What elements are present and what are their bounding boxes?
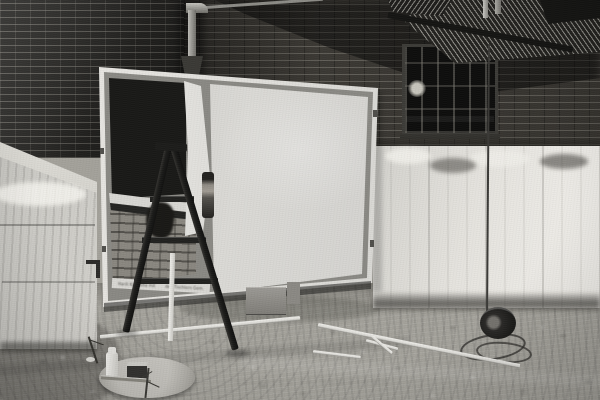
ladder-rung-2 bbox=[142, 237, 206, 243]
ladder-rung-3 bbox=[134, 278, 218, 284]
window-glass-streak bbox=[406, 116, 494, 122]
cable-reel bbox=[480, 307, 516, 339]
concrete-block-small bbox=[287, 282, 300, 304]
ladder-foot-shadow-left bbox=[116, 330, 138, 336]
bw-photograph: Harili Kawasha mit den Tischlern Gem. sa… bbox=[0, 0, 600, 400]
parapet-groove-2 bbox=[2, 281, 95, 283]
figure-in-gap bbox=[202, 172, 214, 218]
frame-clip-4 bbox=[102, 246, 106, 252]
left-wall-base-shadow bbox=[0, 342, 97, 352]
downpipe bbox=[188, 10, 196, 60]
bottle-cap bbox=[108, 347, 116, 354]
plaster-patch-2 bbox=[470, 150, 530, 167]
canopy-pipe-2 bbox=[495, 0, 501, 14]
white-speck bbox=[86, 357, 95, 362]
grime-blotch-1 bbox=[430, 158, 476, 173]
canopy-pipe-1 bbox=[483, 0, 488, 18]
wall-pipe-stub bbox=[96, 260, 100, 278]
window-round-reflection bbox=[408, 80, 426, 97]
concrete-block bbox=[246, 287, 286, 315]
parapet-groove-1 bbox=[0, 224, 95, 226]
plaster-patch-1 bbox=[385, 148, 431, 164]
faint-watermark: sastores to bamotows bbox=[205, 376, 420, 388]
frame-clip-3 bbox=[100, 148, 104, 154]
frame-clip-2 bbox=[370, 240, 374, 247]
frame-clip-1 bbox=[373, 110, 377, 117]
white-bottle bbox=[106, 352, 118, 378]
ladder-foot-shadow-right bbox=[226, 350, 250, 357]
ladder-apex bbox=[155, 142, 187, 152]
grime-blotch-2 bbox=[540, 154, 588, 169]
